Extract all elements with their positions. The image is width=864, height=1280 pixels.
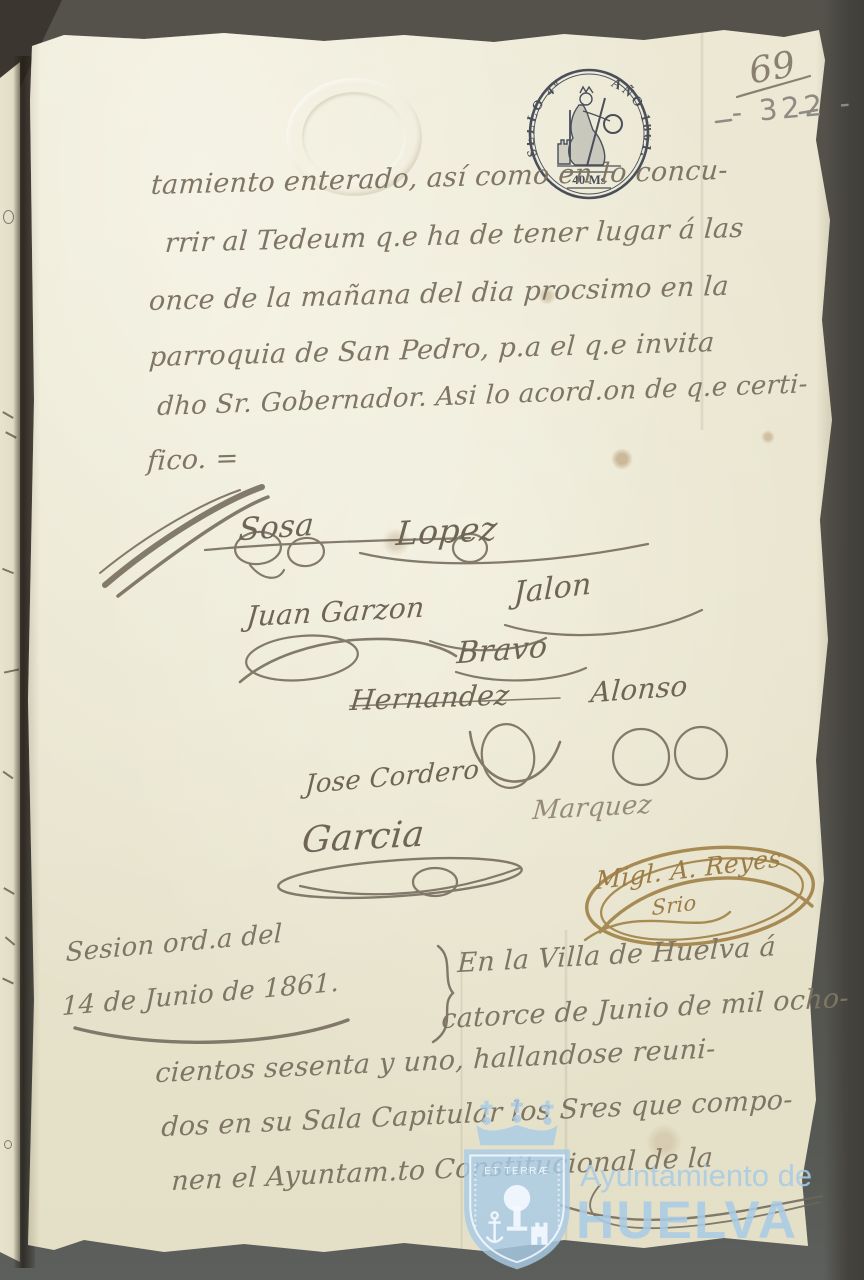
signature: Sosa [237,507,315,549]
signature: Alonso [590,669,689,709]
signature: Lopez [395,509,500,554]
background-right-shadow [824,0,864,1280]
signature: Garcia [300,814,426,862]
huelva-watermark: ET TERRÆ Ayuntamiento de HUELVA [448,1098,848,1280]
signature: Bravo [456,630,549,672]
showthrough-mark [4,1140,12,1149]
huelva-coat-of-arms-icon: ET TERRÆ [456,1098,578,1278]
folio-number-ink: 69 [746,44,799,92]
watermark-city-name: HUELVA [576,1190,798,1251]
signature: Marquez [531,790,653,826]
svg-text:ET TERRÆ: ET TERRÆ [484,1166,549,1177]
showthrough-mark [2,411,13,419]
manuscript-line: fico. = [146,443,239,477]
archival-scan: 69 - 322 - SELLO 4º AÑO 1861. [0,0,864,1280]
showthrough-mark [3,771,14,780]
watermark-org-name: Ayuntamiento de [580,1158,812,1194]
signature: Hernandez [349,678,511,717]
svg-text:AÑO 1861.: AÑO 1861. [609,75,651,162]
